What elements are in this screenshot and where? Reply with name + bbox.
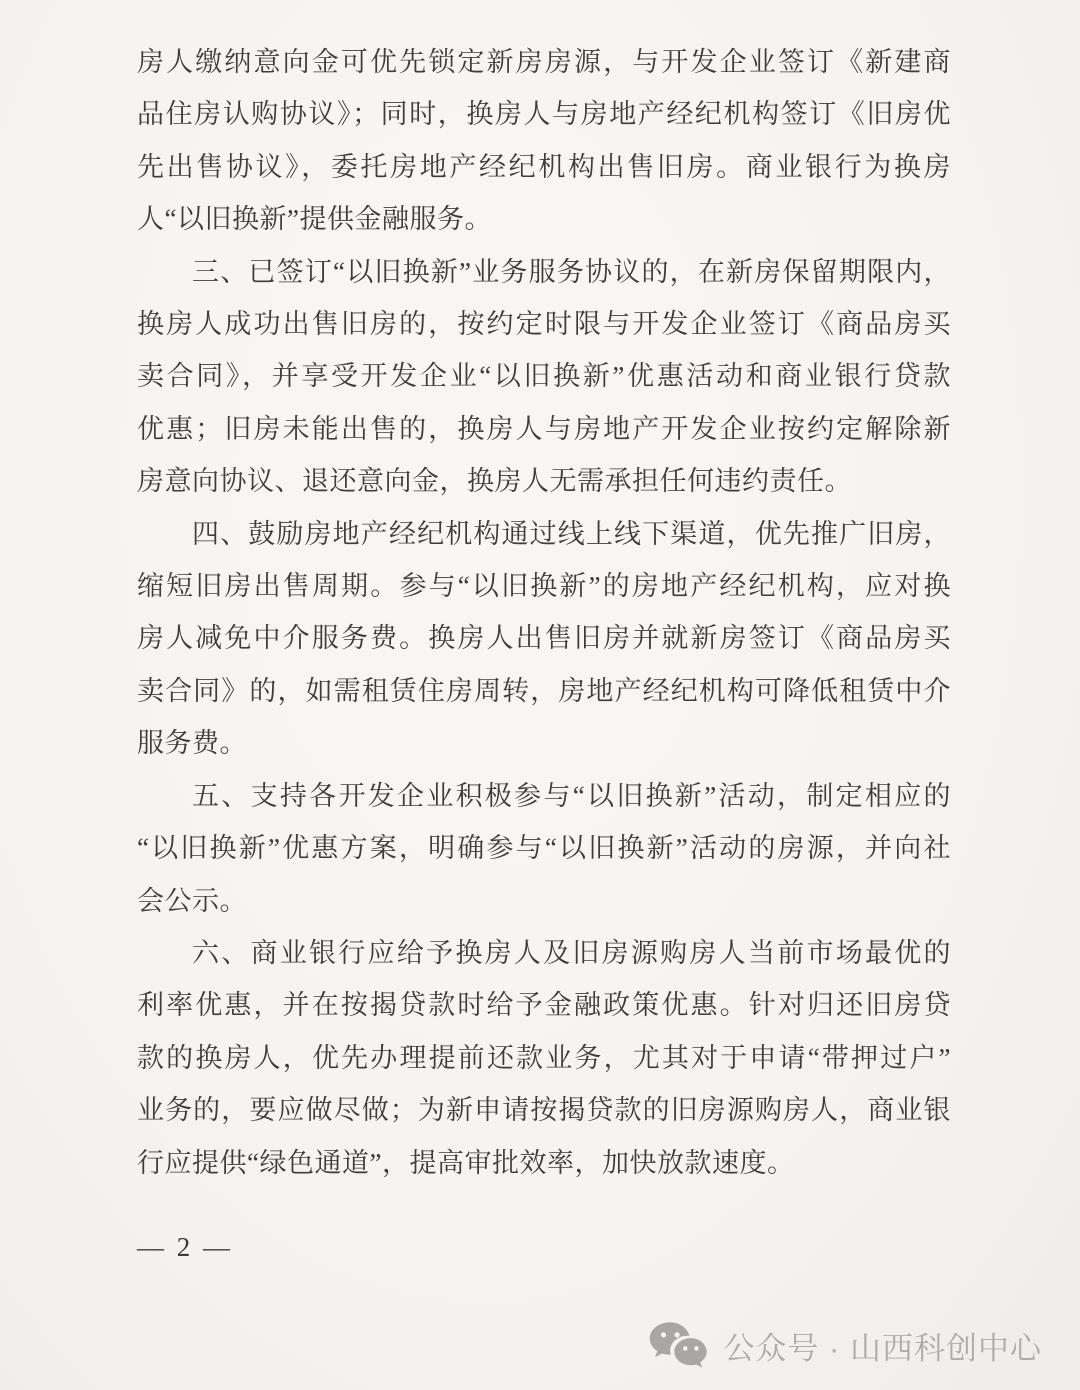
document-body: 房人缴纳意向金可优先锁定新房房源，与开发企业签订《新建商 品住房认购协议》；同时… xyxy=(137,36,951,1189)
text-line: “以旧换新”优惠方案，明确参与“以旧换新”活动的房源，并向社 xyxy=(137,822,951,874)
text-line: 换房人成功出售旧房的，按约定时限与开发企业签订《商品房买 xyxy=(137,298,951,350)
text-line: 会公示。 xyxy=(137,875,951,927)
text-line: 行应提供“绿色通道”，提高审批效率，加快放款速度。 xyxy=(137,1137,951,1189)
text-line: 卖合同》的，如需租赁住房周转，房地产经纪机构可降低租赁中介 xyxy=(137,665,951,717)
text-line: 卖合同》，并享受开发企业“以旧换新”优惠活动和商业银行贷款 xyxy=(137,350,951,402)
watermark-text: 公众号 · 山西科创中心 xyxy=(723,1323,1042,1368)
text-line: 服务费。 xyxy=(137,717,951,769)
text-line: 房意向协议、退还意向金，换房人无需承担任何违约责任。 xyxy=(137,455,951,507)
text-line: 业务的，要应做尽做；为新申请按揭贷款的旧房源购房人，商业银 xyxy=(137,1084,951,1136)
text-line: 三、已签订“以旧换新”业务服务协议的，在新房保留期限内， xyxy=(137,246,951,298)
text-line: 人“以旧换新”提供金融服务。 xyxy=(137,193,951,245)
text-line: 六、商业银行应给予换房人及旧房源购房人当前市场最优的 xyxy=(137,927,951,979)
paragraph-item-6: 六、商业银行应给予换房人及旧房源购房人当前市场最优的 利率优惠，并在按揭贷款时给… xyxy=(137,927,951,1189)
text-line: 五、支持各开发企业积极参与“以旧换新”活动，制定相应的 xyxy=(137,770,951,822)
text-line: 款的换房人，优先办理提前还款业务，尤其对于申请“带押过户” xyxy=(137,1032,951,1084)
page-number: — 2 — xyxy=(137,1227,233,1267)
paragraph-item-5: 五、支持各开发企业积极参与“以旧换新”活动，制定相应的 “以旧换新”优惠方案，明… xyxy=(137,770,951,927)
paragraph-item-4: 四、鼓励房地产经纪机构通过线上线下渠道，优先推广旧房， 缩短旧房出售周期。参与“… xyxy=(137,508,951,770)
paragraph-continuation: 房人缴纳意向金可优先锁定新房房源，与开发企业签订《新建商 品住房认购协议》；同时… xyxy=(137,36,951,246)
wechat-icon xyxy=(649,1320,709,1370)
text-line: 利率优惠，并在按揭贷款时给予金融政策优惠。针对归还旧房贷 xyxy=(137,979,951,1031)
text-line: 优惠；旧房未能出售的，换房人与房地产开发企业按约定解除新 xyxy=(137,403,951,455)
text-line: 房人减免中介服务费。换房人出售旧房并就新房签订《商品房买 xyxy=(137,612,951,664)
text-line: 房人缴纳意向金可优先锁定新房房源，与开发企业签订《新建商 xyxy=(137,36,951,88)
document-page: 房人缴纳意向金可优先锁定新房房源，与开发企业签订《新建商 品住房认购协议》；同时… xyxy=(0,0,1080,1390)
watermark: 公众号 · 山西科创中心 xyxy=(649,1320,1042,1370)
text-line: 四、鼓励房地产经纪机构通过线上线下渠道，优先推广旧房， xyxy=(137,508,951,560)
text-line: 先出售协议》，委托房地产经纪机构出售旧房。商业银行为换房 xyxy=(137,141,951,193)
text-line: 缩短旧房出售周期。参与“以旧换新”的房地产经纪机构，应对换 xyxy=(137,560,951,612)
paragraph-item-3: 三、已签订“以旧换新”业务服务协议的，在新房保留期限内， 换房人成功出售旧房的，… xyxy=(137,246,951,508)
text-line: 品住房认购协议》；同时，换房人与房地产经纪机构签订《旧房优 xyxy=(137,88,951,140)
